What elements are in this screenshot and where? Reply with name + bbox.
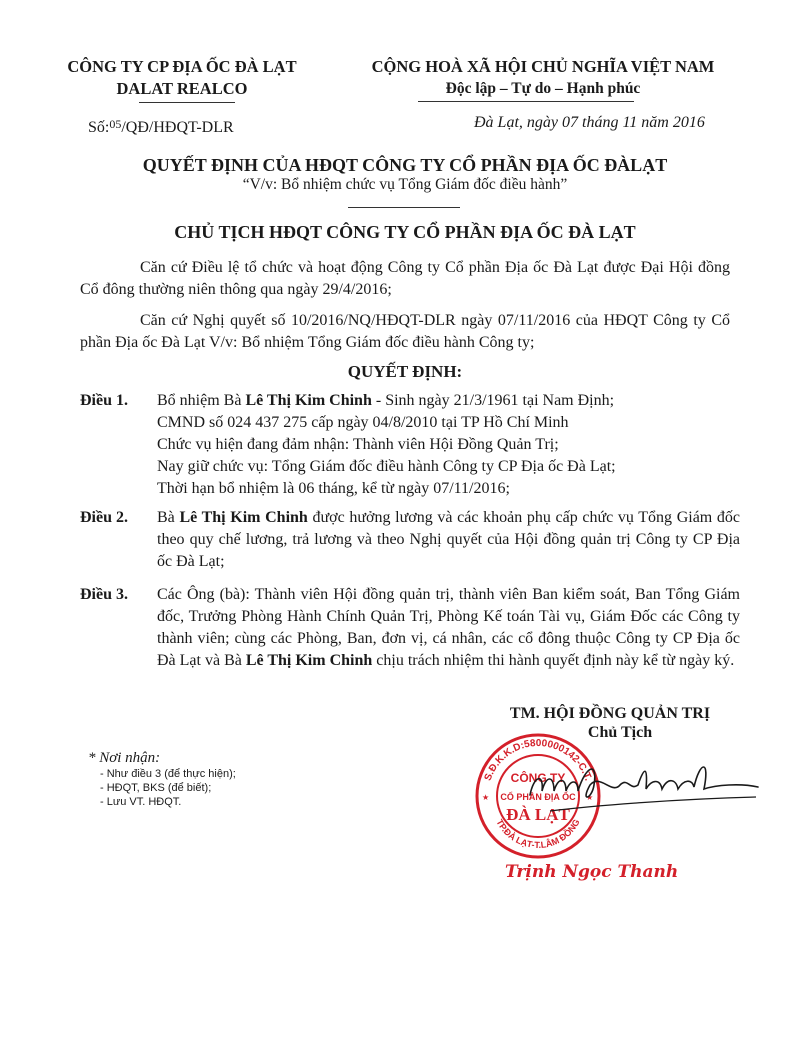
recipient-item: - Như điều 3 (để thực hiện);: [100, 767, 236, 781]
document-number: Số:05/QĐ/HĐQT-DLR: [88, 117, 234, 137]
article-label: Điều 2.: [80, 507, 160, 529]
article-label: Điều 3.: [80, 584, 160, 606]
place-date: Đà Lạt, ngày 07 tháng 11 năm 2016: [474, 114, 705, 132]
appointee-name: Lê Thị Kim Chinh: [179, 509, 307, 526]
nation-name: CỘNG HOÀ XÃ HỘI CHỦ NGHĨA VIỆT NAM: [338, 56, 748, 78]
svg-text:★: ★: [482, 793, 489, 802]
on-behalf-of: TM. HỘI ĐỒNG QUẢN TRỊ: [470, 705, 750, 723]
issuer-title: CHỦ TỊCH HĐQT CÔNG TY CỔ PHẦN ĐỊA ỐC ĐÀ …: [60, 222, 750, 243]
header-right-underline: [418, 101, 634, 102]
decision-subject: “V/v: Bổ nhiệm chức vụ Tổng Giám đốc điề…: [60, 176, 750, 194]
recipients-heading: * Nơi nhận:: [88, 750, 236, 767]
handwritten-signature-icon: [520, 755, 760, 815]
recipients: * Nơi nhận: - Như điều 3 (để thực hiện);…: [88, 750, 236, 809]
national-motto: CỘNG HOÀ XÃ HỘI CHỦ NGHĨA VIỆT NAM Độc l…: [338, 56, 748, 100]
decide-heading: QUYẾT ĐỊNH:: [60, 362, 750, 382]
appointee-name: Lê Thị Kim Chinh: [246, 652, 372, 669]
company-name: CÔNG TY CP ĐỊA ỐC ĐÀ LẠT: [62, 56, 302, 78]
recipient-item: - HĐQT, BKS (để biết);: [100, 781, 236, 795]
article-label: Điều 1.: [80, 390, 160, 412]
document-number-value: 05: [109, 117, 121, 131]
article-1: Điều 1. Bổ nhiệm Bà Lê Thị Kim Chinh - S…: [80, 390, 740, 500]
article-3: Điều 3. Các Ông (bà): Thành viên Hội đồn…: [80, 584, 740, 672]
signer-name: Trịnh Ngọc Thanh: [505, 862, 678, 882]
appointee-name: Lê Thị Kim Chinh: [245, 392, 371, 409]
motto: Độc lập – Tự do – Hạnh phúc: [338, 78, 748, 100]
title-divider: [348, 207, 460, 208]
recipient-item: - Lưu VT. HĐQT.: [100, 795, 236, 809]
decision-title: QUYẾT ĐỊNH CỦA HĐQT CÔNG TY CỔ PHẦN ĐỊA …: [60, 155, 750, 176]
legal-basis-2: Căn cứ Nghị quyết số 10/2016/NQ/HĐQT-DLR…: [80, 310, 730, 354]
article-2: Điều 2. Bà Lê Thị Kim Chinh được hưởng l…: [80, 507, 740, 573]
company-brand: DALAT REALCO: [62, 78, 302, 100]
issuing-company: CÔNG TY CP ĐỊA ỐC ĐÀ LẠT DALAT REALCO: [62, 56, 302, 100]
header-left-underline: [139, 102, 235, 103]
legal-basis-1: Căn cứ Điều lệ tổ chức và hoạt động Công…: [80, 257, 730, 301]
